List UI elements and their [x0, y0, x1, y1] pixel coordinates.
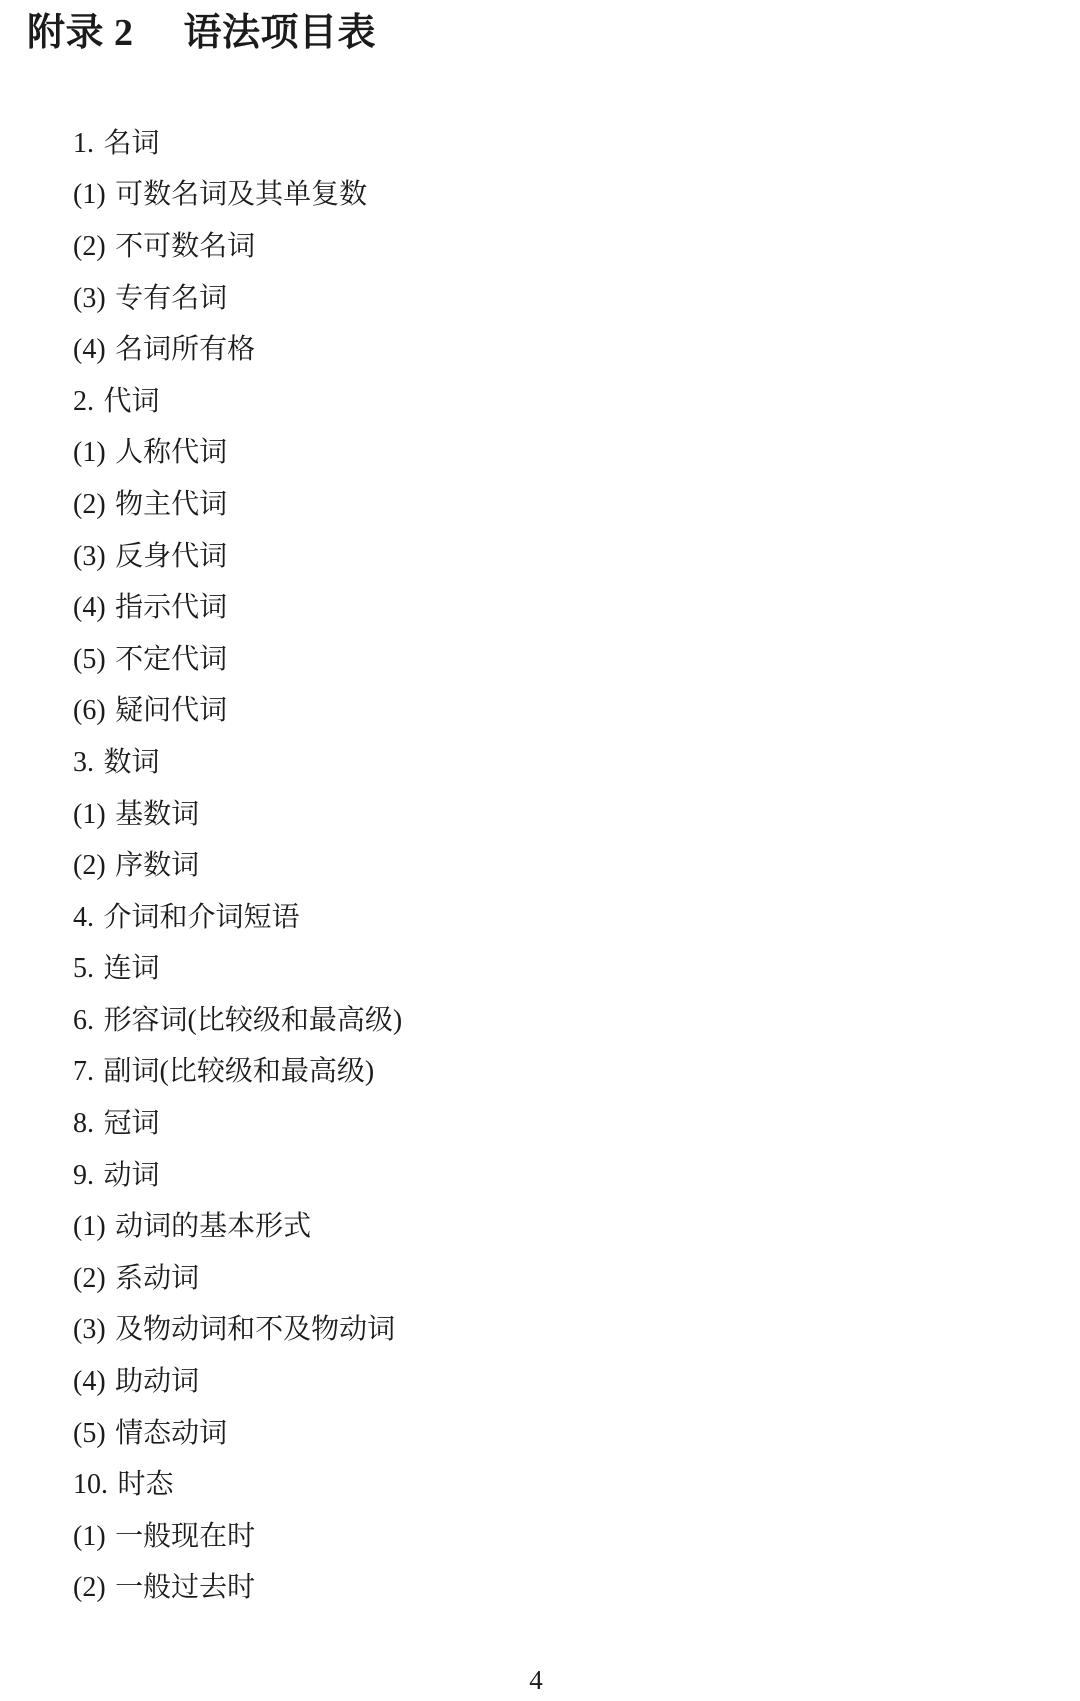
- list-item: (1) 动词的基本形式: [73, 1201, 1003, 1253]
- list-item: (3) 专有名词: [73, 273, 1003, 325]
- page-title-appendix-label: 附录 2: [27, 14, 134, 52]
- item-number-label: (6): [73, 697, 106, 725]
- page-number: 4: [0, 1664, 1072, 1696]
- item-number-label: (5): [73, 646, 106, 674]
- item-text: 名词: [104, 130, 160, 158]
- item-text: 可数名词及其单复数: [115, 181, 367, 209]
- list-item: (1) 人称代词: [73, 428, 1003, 480]
- item-number-label: (4): [73, 1368, 106, 1396]
- list-item: (3) 及物动词和不及物动词: [73, 1305, 1003, 1357]
- item-number-label: 3.: [73, 749, 94, 777]
- item-text: 动词: [104, 1162, 160, 1190]
- item-number-label: (2): [73, 491, 106, 519]
- list-item: 4. 介词和介词短语: [73, 892, 1003, 944]
- item-text: 及物动词和不及物动词: [115, 1316, 395, 1344]
- item-number-label: 6.: [73, 1007, 94, 1035]
- item-number-label: (2): [73, 233, 106, 261]
- item-number-label: (4): [73, 336, 106, 364]
- item-text: 动词的基本形式: [115, 1213, 311, 1241]
- grammar-items-list: 1. 名词 (1) 可数名词及其单复数 (2) 不可数名词 (3) 专有名词 (…: [73, 118, 1003, 1614]
- item-text: 反身代词: [115, 543, 227, 571]
- list-item: 8. 冠词: [73, 1098, 1003, 1150]
- item-number-label: 8.: [73, 1110, 94, 1138]
- item-number-label: 9.: [73, 1162, 94, 1190]
- item-text: 连词: [104, 955, 160, 983]
- item-number-label: (1): [73, 1523, 106, 1551]
- item-text: 形容词(比较级和最高级): [104, 1007, 403, 1035]
- item-number-label: 4.: [73, 904, 94, 932]
- item-text: 名词所有格: [115, 336, 255, 364]
- item-number-label: (3): [73, 285, 106, 313]
- item-number-label: 5.: [73, 955, 94, 983]
- item-number-label: (4): [73, 594, 106, 622]
- item-number-label: (1): [73, 181, 106, 209]
- item-number-label: (3): [73, 543, 106, 571]
- list-item: (2) 物主代词: [73, 479, 1003, 531]
- document-page: 附录 2 语法项目表 1. 名词 (1) 可数名词及其单复数 (2) 不可数名词…: [0, 0, 1080, 1701]
- list-item: 1. 名词: [73, 118, 1003, 170]
- item-number-label: (5): [73, 1420, 106, 1448]
- list-item: 7. 副词(比较级和最高级): [73, 1047, 1003, 1099]
- item-text: 冠词: [104, 1110, 160, 1138]
- list-item: (2) 不可数名词: [73, 221, 1003, 273]
- list-item: 10. 时态: [73, 1459, 1003, 1511]
- list-item: 3. 数词: [73, 737, 1003, 789]
- list-item: (1) 一般现在时: [73, 1511, 1003, 1563]
- item-text: 基数词: [115, 801, 199, 829]
- item-number-label: (1): [73, 801, 106, 829]
- item-text: 时态: [118, 1471, 174, 1499]
- list-item: 2. 代词: [73, 376, 1003, 428]
- page-title: 附录 2 语法项目表: [27, 14, 376, 52]
- list-item: (2) 序数词: [73, 840, 1003, 892]
- item-text: 不可数名词: [115, 233, 255, 261]
- item-text: 人称代词: [115, 439, 227, 467]
- item-text: 不定代词: [115, 646, 227, 674]
- list-item: (4) 指示代词: [73, 582, 1003, 634]
- item-text: 疑问代词: [115, 697, 227, 725]
- item-text: 一般现在时: [115, 1523, 255, 1551]
- item-text: 代词: [104, 388, 160, 416]
- item-text: 系动词: [115, 1265, 199, 1293]
- list-item: 9. 动词: [73, 1150, 1003, 1202]
- item-number-label: (2): [73, 852, 106, 880]
- item-number-label: 2.: [73, 388, 94, 416]
- list-item: (6) 疑问代词: [73, 686, 1003, 738]
- list-item: (1) 基数词: [73, 789, 1003, 841]
- list-item: (1) 可数名词及其单复数: [73, 170, 1003, 222]
- item-text: 指示代词: [115, 594, 227, 622]
- item-number-label: (3): [73, 1316, 106, 1344]
- item-text: 介词和介词短语: [104, 904, 300, 932]
- list-item: 6. 形容词(比较级和最高级): [73, 995, 1003, 1047]
- item-number-label: (1): [73, 439, 106, 467]
- list-item: (4) 名词所有格: [73, 324, 1003, 376]
- item-number-label: 10.: [73, 1471, 108, 1499]
- item-number-label: 7.: [73, 1058, 94, 1086]
- item-text: 专有名词: [115, 285, 227, 313]
- list-item: (5) 不定代词: [73, 634, 1003, 686]
- list-item: (2) 一般过去时: [73, 1563, 1003, 1615]
- list-item: (5) 情态动词: [73, 1408, 1003, 1460]
- item-text: 数词: [104, 749, 160, 777]
- item-text: 物主代词: [115, 491, 227, 519]
- item-number-label: (2): [73, 1265, 106, 1293]
- list-item: (4) 助动词: [73, 1356, 1003, 1408]
- list-item: 5. 连词: [73, 944, 1003, 996]
- item-text: 情态动词: [115, 1420, 227, 1448]
- item-text: 副词(比较级和最高级): [104, 1058, 375, 1086]
- item-number-label: (1): [73, 1213, 106, 1241]
- item-text: 序数词: [115, 852, 199, 880]
- page-title-text: 语法项目表: [184, 14, 377, 52]
- list-item: (2) 系动词: [73, 1253, 1003, 1305]
- item-text: 助动词: [115, 1368, 199, 1396]
- list-item: (3) 反身代词: [73, 531, 1003, 583]
- item-text: 一般过去时: [115, 1574, 255, 1602]
- item-number-label: 1.: [73, 130, 94, 158]
- item-number-label: (2): [73, 1574, 106, 1602]
